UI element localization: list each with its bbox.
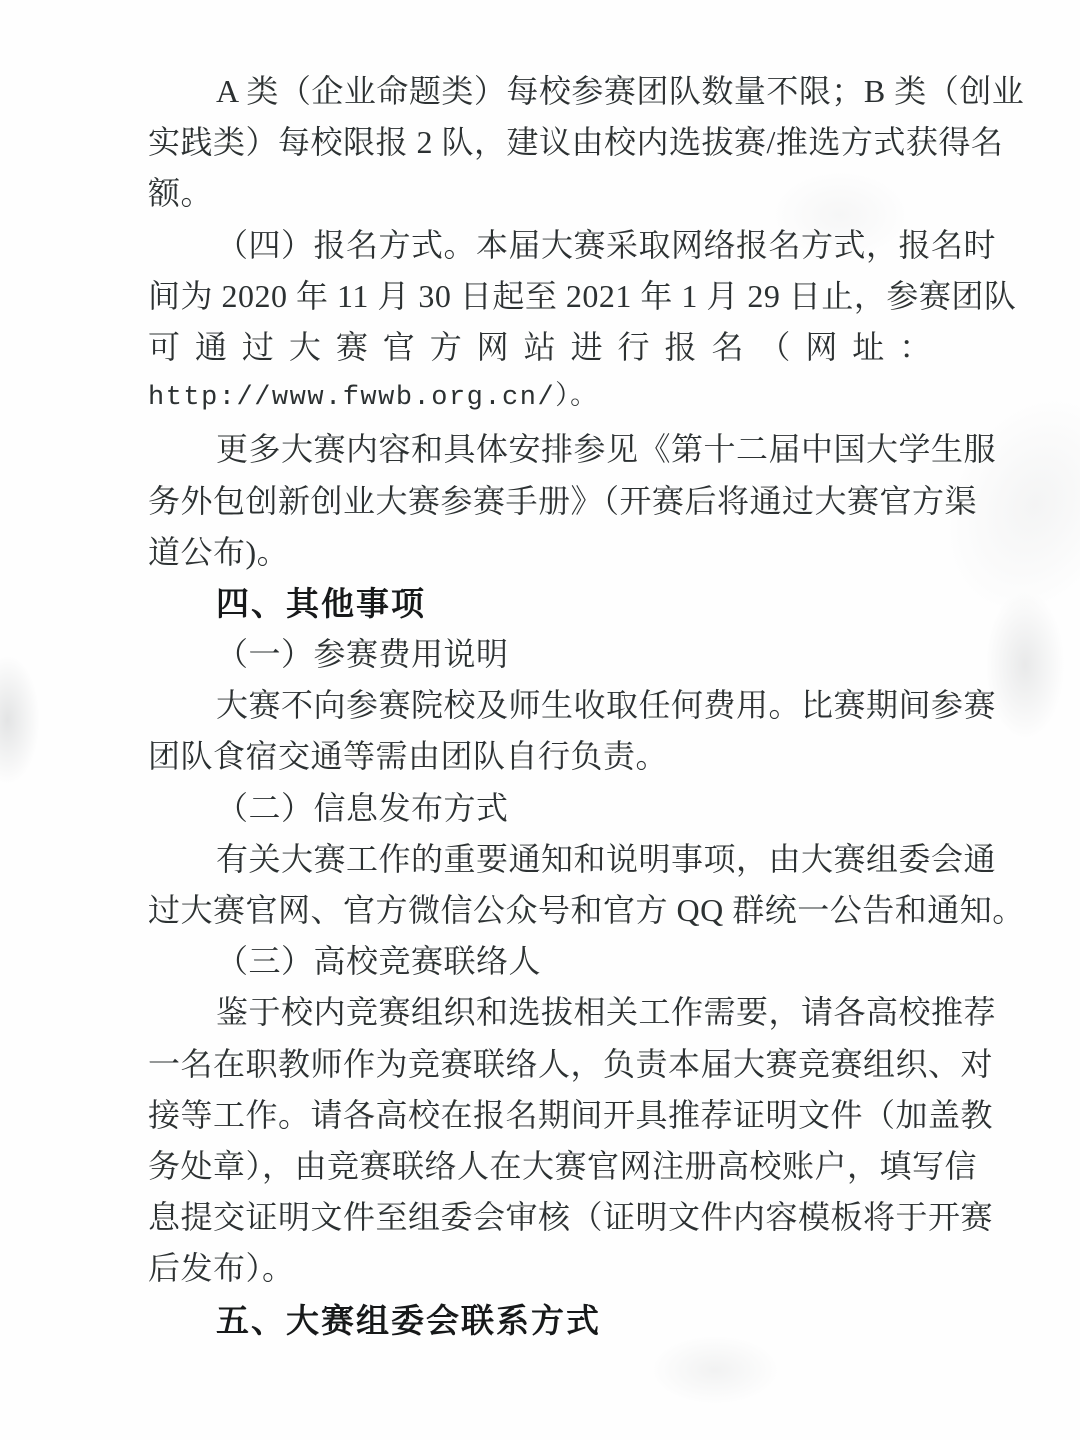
text-line: http://www.fwwb.org.cn/）。 [148,373,934,424]
text-char: 可 [148,322,181,373]
text-char: 大 [289,322,322,373]
text-line: （四）报名方式。本届大赛采取网络报名方式，报名时 [148,220,934,271]
scan-smudge [985,590,1065,740]
text-char: 网 [477,322,510,373]
text-line: 团队食宿交通等需由团队自行负责。 [148,731,934,782]
text-char: 行 [618,322,651,373]
text-char: 站 [524,322,557,373]
text-line: 可通过大赛官方网站进行报名（网址： [148,322,934,373]
text-line: （三）高校竞赛联络人 [148,936,934,987]
text-line: 大赛不向参赛院校及师生收取任何费用。比赛期间参赛 [148,680,934,731]
text-line: 更多大赛内容和具体安排参见《第十二届中国大学生服 [148,424,934,475]
text-char: 报 [664,322,697,373]
text-char: 网 [805,322,838,373]
text-char: ： [899,322,932,373]
text-char: 赛 [336,322,369,373]
text-line: （一）参赛费用说明 [148,629,934,680]
document-body: A 类（企业命题类）每校参赛团队数量不限；B 类（创业实践类）每校限报 2 队，… [148,66,934,1346]
text-char: 方 [430,322,463,373]
text-line: 后发布）。 [148,1243,934,1294]
text-line: 间为 2020 年 11 月 30 日起至 2021 年 1 月 29 日止，参… [148,271,934,322]
text-char: 过 [242,322,275,373]
scan-smudge [0,655,40,785]
text-line: 过大赛官网、官方微信公众号和官方 QQ 群统一公告和通知。 [148,885,934,936]
text-char: 名 [711,322,744,373]
text-char: 址 [852,322,885,373]
text-line: A 类（企业命题类）每校参赛团队数量不限；B 类（创业 [148,66,934,117]
text-line: 接等工作。请各高校在报名期间开具推荐证明文件（加盖教 [148,1090,934,1141]
text-line: 一名在职教师作为竞赛联络人，负责本届大赛竞赛组织、对 [148,1039,934,1090]
text-char: 进 [571,322,604,373]
section-heading: 五、大赛组委会联系方式 [148,1295,934,1346]
text-line: 鉴于校内竞赛组织和选拔相关工作需要，请各高校推荐 [148,987,934,1038]
text-line: 有关大赛工作的重要通知和说明事项，由大赛组委会通 [148,834,934,885]
section-heading: 四、其他事项 [148,578,934,629]
text-line: 务外包创新创业大赛参赛手册》（开赛后将通过大赛官方渠 [148,476,934,527]
text-char: （ [758,322,791,373]
text-line: 道公布)。 [148,527,934,578]
text-line: 务处章），由竞赛联络人在大赛官网注册高校账户，填写信 [148,1141,934,1192]
text-line: 息提交证明文件至组委会审核（证明文件内容模板将于开赛 [148,1192,934,1243]
text-char: 官 [383,322,416,373]
text-line: （二）信息发布方式 [148,783,934,834]
text-line: 额。 [148,168,934,219]
scanned-document-page: A 类（企业命题类）每校参赛团队数量不限；B 类（创业实践类）每校限报 2 队，… [0,0,1080,1440]
text-char: 通 [195,322,228,373]
text-line: 实践类）每校限报 2 队，建议由校内选拔赛/推选方式获得名 [148,117,934,168]
